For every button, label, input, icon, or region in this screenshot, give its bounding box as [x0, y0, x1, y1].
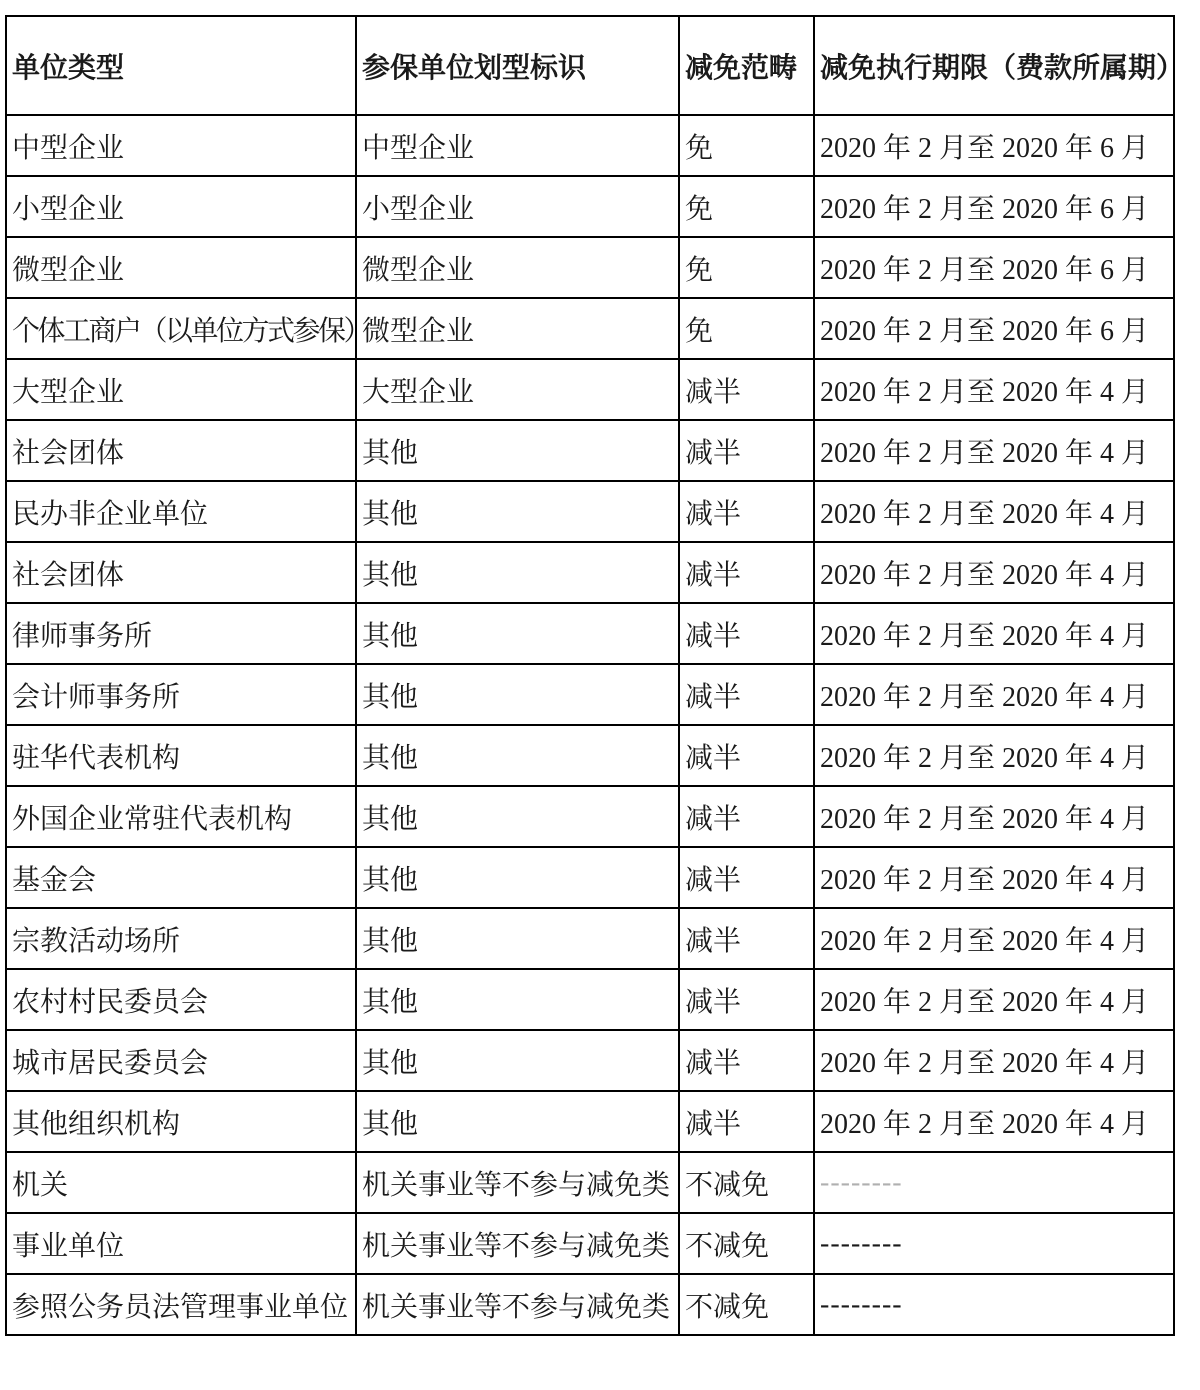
cell-classification: 其他 [356, 786, 679, 847]
cell-unit-type: 微型企业 [6, 237, 356, 298]
cell-unit-type: 大型企业 [6, 359, 356, 420]
cell-classification: 其他 [356, 664, 679, 725]
cell-scope: 不减免 [679, 1213, 814, 1274]
cell-classification: 其他 [356, 542, 679, 603]
table-body: 中型企业中型企业免2020 年 2 月至 2020 年 6 月小型企业小型企业免… [6, 115, 1174, 1335]
cell-unit-type: 社会团体 [6, 420, 356, 481]
cell-classification: 其他 [356, 1030, 679, 1091]
col-header-scope: 减免范畴 [679, 16, 814, 115]
cell-classification: 其他 [356, 969, 679, 1030]
col-header-classification: 参保单位划型标识 [356, 16, 679, 115]
cell-classification: 小型企业 [356, 176, 679, 237]
cell-scope: 减半 [679, 542, 814, 603]
table-row: 农村村民委员会其他减半2020 年 2 月至 2020 年 4 月 [6, 969, 1174, 1030]
cell-unit-type: 农村村民委员会 [6, 969, 356, 1030]
cell-scope: 减半 [679, 603, 814, 664]
cell-classification: 其他 [356, 1091, 679, 1152]
cell-period: -------- [814, 1213, 1174, 1274]
table-row: 宗教活动场所其他减半2020 年 2 月至 2020 年 4 月 [6, 908, 1174, 969]
cell-scope: 减半 [679, 664, 814, 725]
cell-period: 2020 年 2 月至 2020 年 4 月 [814, 786, 1174, 847]
table-row: 社会团体其他减半2020 年 2 月至 2020 年 4 月 [6, 542, 1174, 603]
cell-period: 2020 年 2 月至 2020 年 4 月 [814, 908, 1174, 969]
cell-period: 2020 年 2 月至 2020 年 4 月 [814, 359, 1174, 420]
cell-period: 2020 年 2 月至 2020 年 4 月 [814, 969, 1174, 1030]
cell-period: -------- [814, 1274, 1174, 1335]
table-row: 社会团体其他减半2020 年 2 月至 2020 年 4 月 [6, 420, 1174, 481]
cell-period: 2020 年 2 月至 2020 年 6 月 [814, 237, 1174, 298]
cell-scope: 减半 [679, 847, 814, 908]
table-row: 其他组织机构其他减半2020 年 2 月至 2020 年 4 月 [6, 1091, 1174, 1152]
cell-scope: 减半 [679, 969, 814, 1030]
cell-classification: 中型企业 [356, 115, 679, 176]
cell-scope: 减半 [679, 725, 814, 786]
cell-scope: 减半 [679, 908, 814, 969]
cell-scope: 减半 [679, 1030, 814, 1091]
table-row: 参照公务员法管理事业单位机关事业等不参与减免类不减免-------- [6, 1274, 1174, 1335]
table-row: 城市居民委员会其他减半2020 年 2 月至 2020 年 4 月 [6, 1030, 1174, 1091]
table-row: 外国企业常驻代表机构其他减半2020 年 2 月至 2020 年 4 月 [6, 786, 1174, 847]
table-row: 中型企业中型企业免2020 年 2 月至 2020 年 6 月 [6, 115, 1174, 176]
cell-scope: 免 [679, 176, 814, 237]
cell-scope: 免 [679, 115, 814, 176]
cell-period: 2020 年 2 月至 2020 年 4 月 [814, 481, 1174, 542]
table-row: 民办非企业单位其他减半2020 年 2 月至 2020 年 4 月 [6, 481, 1174, 542]
cell-classification: 机关事业等不参与减免类 [356, 1152, 679, 1213]
cell-period: 2020 年 2 月至 2020 年 4 月 [814, 847, 1174, 908]
col-header-period: 减免执行期限（费款所属期） [814, 16, 1174, 115]
cell-classification: 机关事业等不参与减免类 [356, 1213, 679, 1274]
cell-period: 2020 年 2 月至 2020 年 6 月 [814, 298, 1174, 359]
cell-unit-type: 小型企业 [6, 176, 356, 237]
cell-classification: 机关事业等不参与减免类 [356, 1274, 679, 1335]
table-header: 单位类型 参保单位划型标识 减免范畴 减免执行期限（费款所属期） [6, 16, 1174, 115]
cell-scope: 不减免 [679, 1274, 814, 1335]
cell-scope: 不减免 [679, 1152, 814, 1213]
cell-period: 2020 年 2 月至 2020 年 4 月 [814, 725, 1174, 786]
cell-unit-type: 基金会 [6, 847, 356, 908]
table-row: 微型企业微型企业免2020 年 2 月至 2020 年 6 月 [6, 237, 1174, 298]
cell-unit-type: 社会团体 [6, 542, 356, 603]
cell-unit-type: 民办非企业单位 [6, 481, 356, 542]
cell-classification: 微型企业 [356, 237, 679, 298]
cell-scope: 减半 [679, 786, 814, 847]
cell-unit-type: 律师事务所 [6, 603, 356, 664]
cell-period: 2020 年 2 月至 2020 年 6 月 [814, 176, 1174, 237]
table-row: 机关机关事业等不参与减免类不减免-------- [6, 1152, 1174, 1213]
cell-classification: 微型企业 [356, 298, 679, 359]
table-row: 律师事务所其他减半2020 年 2 月至 2020 年 4 月 [6, 603, 1174, 664]
cell-period: 2020 年 2 月至 2020 年 4 月 [814, 420, 1174, 481]
cell-scope: 免 [679, 237, 814, 298]
cell-unit-type: 其他组织机构 [6, 1091, 356, 1152]
cell-classification: 其他 [356, 908, 679, 969]
cell-unit-type: 个体工商户（以单位方式参保） [6, 298, 356, 359]
cell-scope: 免 [679, 298, 814, 359]
cell-scope: 减半 [679, 359, 814, 420]
table-row: 大型企业大型企业减半2020 年 2 月至 2020 年 4 月 [6, 359, 1174, 420]
cell-classification: 其他 [356, 603, 679, 664]
cell-unit-type: 外国企业常驻代表机构 [6, 786, 356, 847]
table-row: 事业单位机关事业等不参与减免类不减免-------- [6, 1213, 1174, 1274]
cell-classification: 其他 [356, 847, 679, 908]
cell-period: 2020 年 2 月至 2020 年 4 月 [814, 1030, 1174, 1091]
cell-scope: 减半 [679, 481, 814, 542]
table-row: 小型企业小型企业免2020 年 2 月至 2020 年 6 月 [6, 176, 1174, 237]
cell-unit-type: 城市居民委员会 [6, 1030, 356, 1091]
cell-period: 2020 年 2 月至 2020 年 4 月 [814, 1091, 1174, 1152]
cell-unit-type: 机关 [6, 1152, 356, 1213]
cell-classification: 大型企业 [356, 359, 679, 420]
cell-scope: 减半 [679, 1091, 814, 1152]
col-header-unit-type: 单位类型 [6, 16, 356, 115]
cell-period: 2020 年 2 月至 2020 年 4 月 [814, 664, 1174, 725]
cell-unit-type: 事业单位 [6, 1213, 356, 1274]
table-row: 个体工商户（以单位方式参保）微型企业免2020 年 2 月至 2020 年 6 … [6, 298, 1174, 359]
cell-period: 2020 年 2 月至 2020 年 4 月 [814, 542, 1174, 603]
table-row: 基金会其他减半2020 年 2 月至 2020 年 4 月 [6, 847, 1174, 908]
cell-classification: 其他 [356, 481, 679, 542]
reduction-policy-table: 单位类型 参保单位划型标识 减免范畴 减免执行期限（费款所属期） 中型企业中型企… [5, 15, 1175, 1336]
table-row: 会计师事务所其他减半2020 年 2 月至 2020 年 4 月 [6, 664, 1174, 725]
cell-classification: 其他 [356, 420, 679, 481]
cell-classification: 其他 [356, 725, 679, 786]
cell-period: 2020 年 2 月至 2020 年 4 月 [814, 603, 1174, 664]
cell-unit-type: 宗教活动场所 [6, 908, 356, 969]
header-row: 单位类型 参保单位划型标识 减免范畴 减免执行期限（费款所属期） [6, 16, 1174, 115]
cell-period: 2020 年 2 月至 2020 年 6 月 [814, 115, 1174, 176]
cell-scope: 减半 [679, 420, 814, 481]
cell-period: -------- [814, 1152, 1174, 1213]
cell-unit-type: 中型企业 [6, 115, 356, 176]
cell-unit-type: 参照公务员法管理事业单位 [6, 1274, 356, 1335]
cell-unit-type: 会计师事务所 [6, 664, 356, 725]
table-row: 驻华代表机构其他减半2020 年 2 月至 2020 年 4 月 [6, 725, 1174, 786]
cell-unit-type: 驻华代表机构 [6, 725, 356, 786]
